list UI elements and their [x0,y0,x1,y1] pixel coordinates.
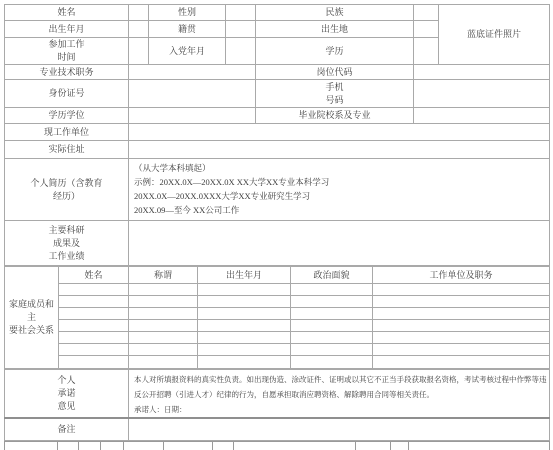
family-row [5,308,550,320]
family-cell[interactable] [59,332,129,344]
family-cell[interactable] [129,284,198,296]
ethnicity-value[interactable] [414,5,439,21]
family-cell[interactable] [198,320,291,332]
residual-cell [164,441,213,450]
commitment-label-line1: 个人 [5,374,128,387]
family-cell[interactable] [129,320,198,332]
birthplace-label: 出生地 [256,21,414,38]
family-cell[interactable] [198,332,291,344]
family-cell[interactable] [373,356,550,369]
school-value[interactable] [414,108,550,124]
nativeplace-label: 籍贯 [149,21,226,38]
mobile-label: 手机 号码 [256,80,414,108]
partydate-label: 入党年月 [149,38,226,65]
family-cell[interactable] [129,344,198,356]
family-cell[interactable] [198,284,291,296]
family-cell[interactable] [291,296,373,308]
commitment-table: 个人 承诺 意见 本人对所填报资料的真实性负责。如出现伪造、涂改证件、证明或以其… [4,369,550,441]
resume-content-line4: 20XX.09—至今 XX公司工作 [134,203,549,217]
birthdate-value[interactable] [129,21,149,38]
ethnicity-label: 民族 [256,5,414,21]
family-row [5,320,550,332]
family-cell[interactable] [59,356,129,369]
family-cell[interactable] [198,296,291,308]
family-cell[interactable] [59,320,129,332]
commitment-label-line3: 意见 [5,400,128,413]
address-value[interactable] [129,141,550,159]
title-value[interactable] [129,65,256,80]
name-value[interactable] [129,5,149,21]
family-cell[interactable] [373,308,550,320]
remarks-label: 备注 [5,418,129,440]
degree-value[interactable] [129,108,256,124]
family-header-relation: 称谓 [129,267,198,284]
gender-label: 性别 [149,5,226,21]
employer-value[interactable] [129,124,550,141]
workstart-value[interactable] [129,38,149,65]
residual-cell [124,441,164,450]
family-cell[interactable] [198,356,291,369]
address-label: 实际住址 [5,141,129,159]
family-cell[interactable] [129,296,198,308]
family-cell[interactable] [291,308,373,320]
education-label: 学历 [256,38,414,65]
family-section-label: 家庭成员和主 要社会关系 [5,267,59,369]
identity-table: 姓名 性别 民族 蓝底证件照片 出生年月 籍贯 出生地 参加工作 时间 入党年月… [4,4,550,65]
family-cell[interactable] [198,344,291,356]
positioncode-value[interactable] [414,65,550,80]
family-cell[interactable] [373,284,550,296]
nativeplace-value[interactable] [226,21,256,38]
title-label: 专业技术职务 [5,65,129,80]
resume-label-line2: 经历） [5,190,128,203]
family-cell[interactable] [129,332,198,344]
achievements-label-line1: 主要科研 [5,224,128,237]
commitment-text-line2: 反公开招聘（引进人才）纪律的行为，自愿承担取消应聘资格、解除聘用合同等相关责任。 [134,387,549,402]
residual-cell [234,441,356,450]
resume-table: 个人简历（含教育 经历） （从大学本科填起） 示例：20XX.0X—20XX.0… [4,158,550,266]
family-cell[interactable] [59,296,129,308]
idnumber-value[interactable] [129,80,256,108]
residual-cell [79,441,101,450]
residual-cell [391,441,409,450]
family-cell[interactable] [198,308,291,320]
resume-content-line1: （从大学本科填起） [134,161,549,175]
family-row [5,332,550,344]
workstart-label-line1: 参加工作 [5,38,128,51]
family-cell[interactable] [373,296,550,308]
residual-cell [101,441,124,450]
workstart-label: 参加工作 时间 [5,38,129,65]
achievements-value[interactable] [129,221,550,266]
application-form: 姓名 性别 民族 蓝底证件照片 出生年月 籍贯 出生地 参加工作 时间 入党年月… [4,4,549,450]
commitment-text-line1: 本人对所填报资料的真实性负责。如出现伪造、涂改证件、证明或以其它不正当手段获取报… [134,372,549,387]
achievements-label-line3: 工作业绩 [5,250,128,263]
residual-cell [58,441,79,450]
remarks-value[interactable] [129,418,550,440]
family-row [5,356,550,369]
photo-placeholder[interactable]: 蓝底证件照片 [439,5,550,65]
resume-label: 个人简历（含教育 经历） [5,159,129,221]
family-cell[interactable] [373,320,550,332]
family-row [5,344,550,356]
residual-cell [409,441,550,450]
mobile-value[interactable] [414,80,550,108]
birthdate-label: 出生年月 [5,21,129,38]
family-section-label-line2: 要社会关系 [5,324,58,337]
mobile-label-line1: 手机 [256,81,413,94]
residual-cell [213,441,234,450]
commitment-label: 个人 承诺 意见 [5,370,129,419]
family-header-birthdate: 出生年月 [198,267,291,284]
partydate-value[interactable] [226,38,256,65]
commitment-label-line2: 承诺 [5,387,128,400]
commitment-text-line3: 承诺人：日期： [134,402,549,417]
family-cell[interactable] [291,356,373,369]
mobile-label-line2: 号码 [256,94,413,107]
positioncode-label: 岗位代码 [256,65,414,80]
family-header-workunit: 工作单位及职务 [373,267,550,284]
education-value[interactable] [414,38,439,65]
birthplace-value[interactable] [414,21,439,38]
family-cell[interactable] [373,332,550,344]
family-cell[interactable] [59,284,129,296]
resume-content-line2: 示例：20XX.0X—20XX.0X XX大学XX专业本科学习 [134,175,549,189]
commitment-text: 本人对所填报资料的真实性负责。如出现伪造、涂改证件、证明或以其它不正当手段获取报… [129,370,550,419]
family-row [5,296,550,308]
residual-cell [5,441,58,450]
family-table: 家庭成员和主 要社会关系 姓名 称谓 出生年月 政治面貌 工作单位及职务 [4,266,550,369]
employer-label: 现工作单位 [5,124,129,141]
family-header-political: 政治面貌 [291,267,373,284]
family-header-name: 姓名 [59,267,129,284]
family-cell[interactable] [59,308,129,320]
gender-value[interactable] [226,5,256,21]
family-cell[interactable] [129,308,198,320]
family-cell[interactable] [373,344,550,356]
resume-label-line1: 个人简历（含教育 [5,177,128,190]
employer-address-table: 现工作单位 实际住址 [4,123,550,159]
family-cell[interactable] [291,332,373,344]
family-cell[interactable] [59,344,129,356]
achievements-label: 主要科研 成果及 工作业绩 [5,221,129,266]
family-row [5,284,550,296]
workstart-label-line2: 时间 [5,51,128,64]
family-cell[interactable] [291,284,373,296]
residual-grid-row [4,441,550,450]
family-cell[interactable] [129,356,198,369]
idnumber-label: 身份证号 [5,80,129,108]
family-cell[interactable] [291,320,373,332]
school-label: 毕业院校系及专业 [256,108,414,124]
family-cell[interactable] [291,344,373,356]
resume-content[interactable]: （从大学本科填起） 示例：20XX.0X—20XX.0X XX大学XX专业本科学… [129,159,550,221]
resume-content-line3: 20XX.0X—20XX.0XXX大学XX专业研究生学习 [134,189,549,203]
details-table: 专业技术职务 岗位代码 身份证号 手机 号码 学历学位 毕业院校系及专业 [4,64,550,124]
residual-cell [356,441,391,450]
family-section-label-line1: 家庭成员和主 [5,298,58,324]
name-label: 姓名 [5,5,129,21]
achievements-label-line2: 成果及 [5,237,128,250]
degree-label: 学历学位 [5,108,129,124]
